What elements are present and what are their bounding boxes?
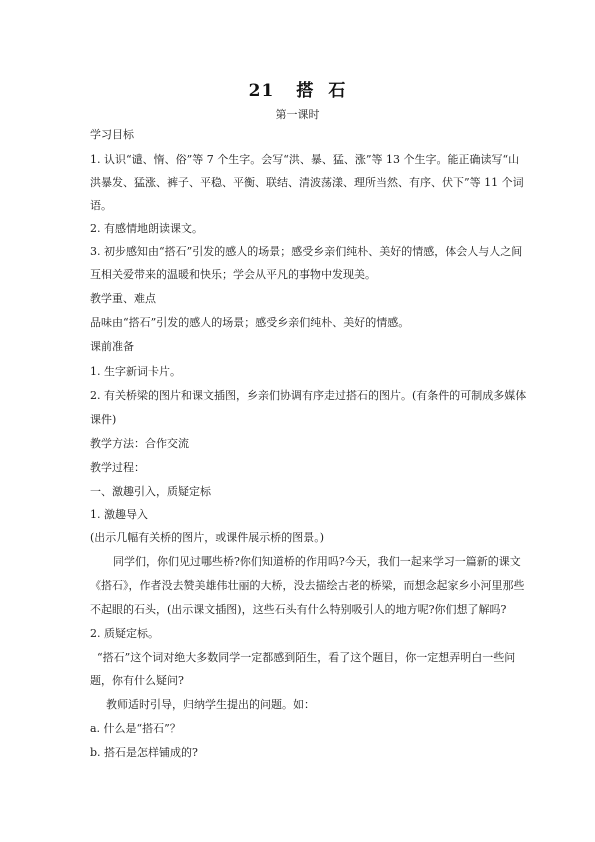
text-line: b. 搭石是怎样铺成的? <box>90 746 198 760</box>
text-line: 2. 质疑定标。 <box>90 627 159 641</box>
text-line: 题，你有什么疑问? <box>90 674 184 688</box>
text-line: 不起眼的石头，(出示课文插图)，这些石头有什么特别吸引人的地方呢?你们想了解吗? <box>90 603 506 617</box>
text-line: (出示几幅有关桥的图片，或课件展示桥的图景。) <box>90 531 324 545</box>
text-line: 语。 <box>90 199 112 213</box>
text-line: 3. 初步感知由“搭石”引发的感人的场景；感受乡亲们纯朴、美好的情感，体会人与人… <box>90 245 522 259</box>
text-line: 洪暴发、猛涨、裤子、平稳、平衡、联结、清波荡漾、理所当然、有序、伏下”等 11 … <box>90 176 524 190</box>
text-line: “搭石”这个词对绝大多数同学一定都感到陌生，看了这个题目，你一定想弄明白一些问 <box>97 651 515 665</box>
text-line: 1. 激趣导入 <box>90 508 148 522</box>
text-line: 课件) <box>90 413 116 427</box>
text-line: 品味由“搭石”引发的感人的场景；感受乡亲们纯朴、美好的情感。 <box>90 316 409 330</box>
text-line: 同学们，你们见过哪些桥?你们知道桥的作用吗?今天，我们一起来学习一篇新的课文 <box>113 555 521 569</box>
title-char-2: 石 <box>328 81 346 101</box>
text-line: 2. 有感情地朗读课文。 <box>90 222 203 236</box>
text-line: 课前准备 <box>90 340 134 354</box>
document-page: 21搭石 第一课时 学习目标1. 认识“谴、惰、俗”等 7 个生字。会写“洪、暴… <box>0 0 595 842</box>
text-line: 一、激趣引入，质疑定标 <box>90 485 211 499</box>
text-line: 1. 认识“谴、惰、俗”等 7 个生字。会写“洪、暴、猛、涨”等 13 个生字。… <box>90 153 519 167</box>
text-line: 1. 生字新词卡片。 <box>90 365 181 379</box>
text-line: a. 什么是“搭石”？ <box>90 722 181 736</box>
text-line: 《搭石》，作者没去赞美雄伟壮丽的大桥，没去描绘古老的桥梁，而想念起家乡小河里那些 <box>90 579 525 593</box>
lesson-title: 21搭石 <box>0 76 595 101</box>
text-line: 教师适时引导，归纳学生提出的问题。如： <box>106 698 315 712</box>
text-line: 教学重、难点 <box>90 292 156 306</box>
text-line: 2. 有关桥梁的图片和课文插图，乡亲们协调有序走过搭石的图片。(有条件的可制成多… <box>90 389 526 403</box>
text-line: 学习目标 <box>90 128 134 142</box>
text-line: 互相关爱带来的温暖和快乐；学会从平凡的事物中发现美。 <box>90 268 376 282</box>
title-char-1: 搭 <box>296 81 314 101</box>
lesson-number: 21 <box>249 81 275 101</box>
text-line: 教学方法：合作交流 <box>90 437 189 451</box>
text-line: 教学过程： <box>90 461 145 475</box>
lesson-subtitle: 第一课时 <box>0 106 595 122</box>
